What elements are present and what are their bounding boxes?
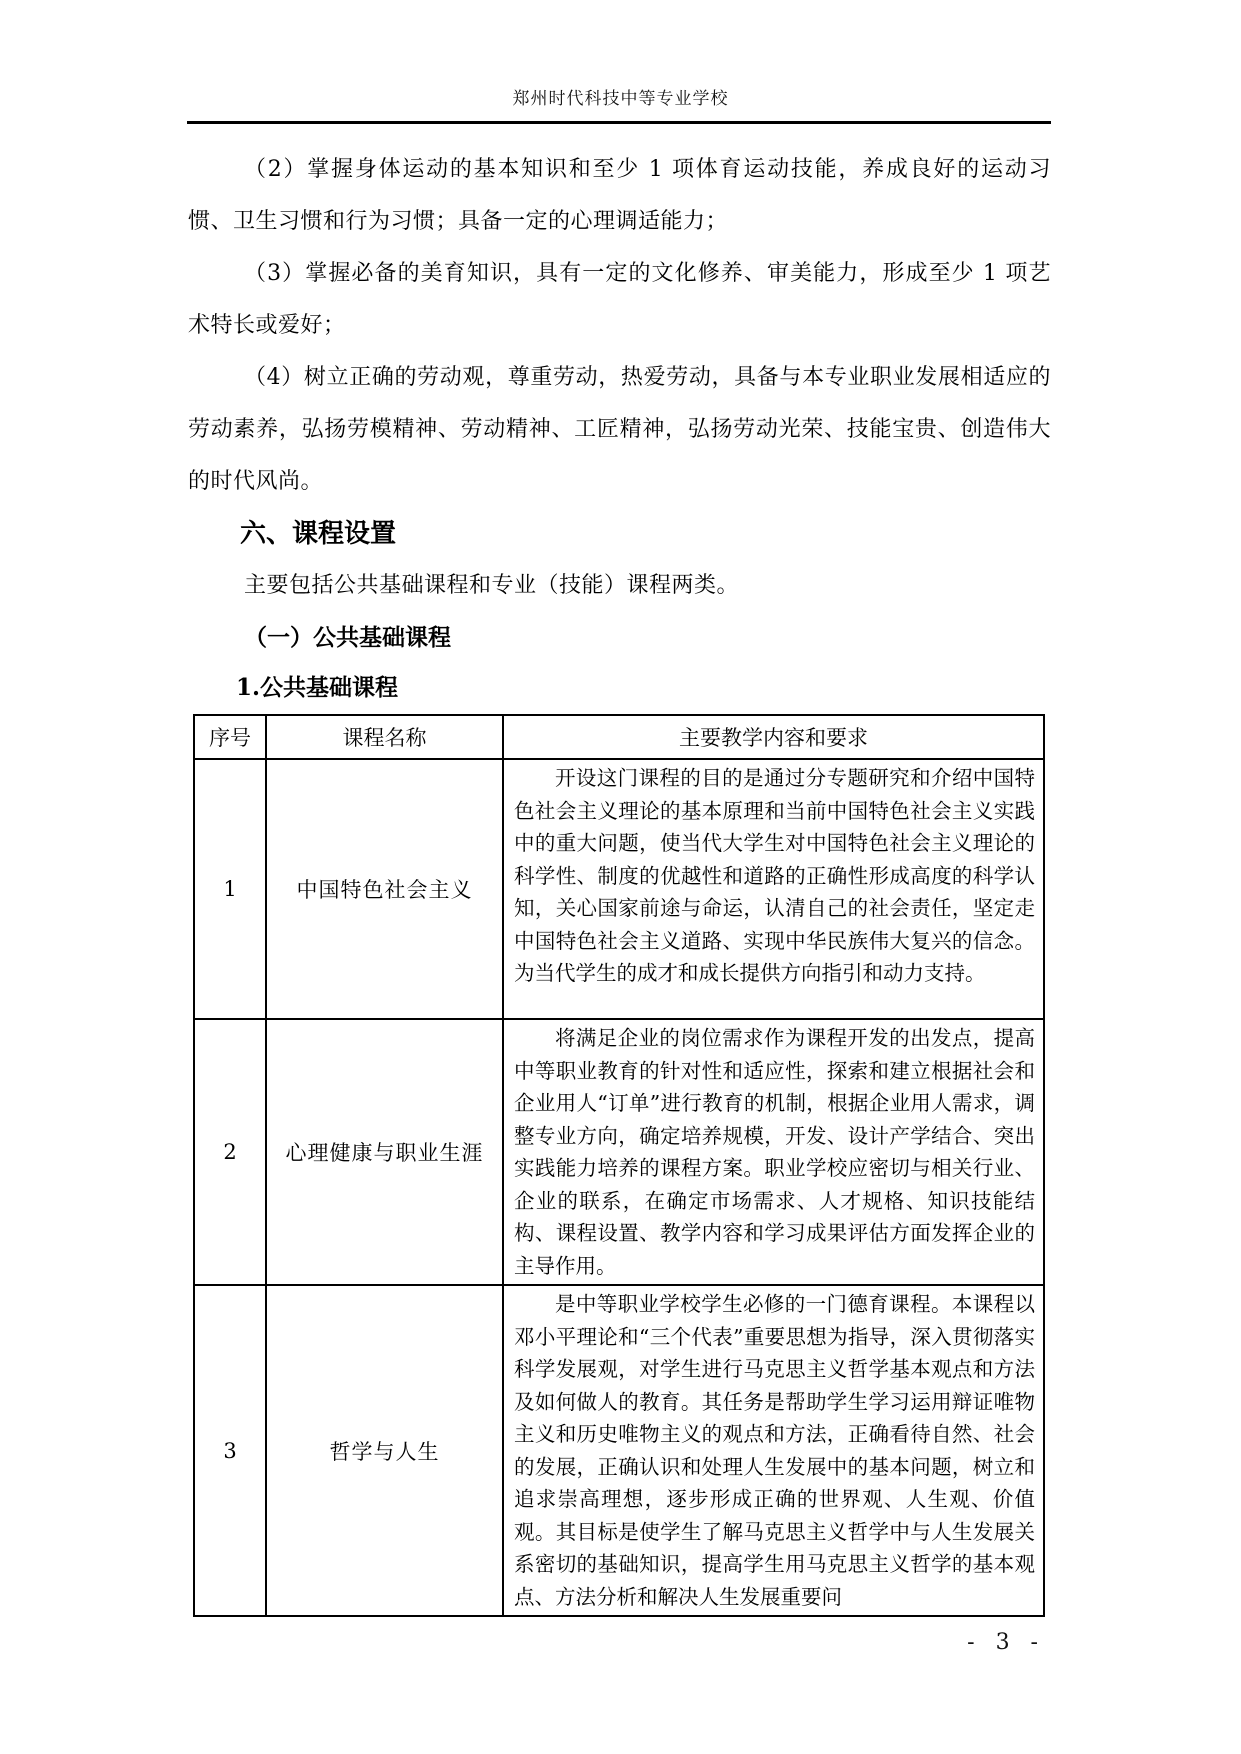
paragraph-item-3: （3）掌握必备的美育知识，具有一定的文化修养、审美能力，形成至少 1 项艺术特长…: [188, 248, 1051, 352]
course-name: 中国特色社会主义: [266, 759, 503, 1019]
courses-table: 序号 课程名称 主要教学内容和要求 1 中国特色社会主义 开设这门课程的目的是通…: [193, 714, 1045, 1617]
document-body: （2）掌握身体运动的基本知识和至少 1 项体育运动技能，养成良好的运动习惯、卫生…: [188, 144, 1051, 1617]
header-divider-rule: [187, 121, 1051, 124]
paragraph-item-2: （2）掌握身体运动的基本知识和至少 1 项体育运动技能，养成良好的运动习惯、卫生…: [188, 144, 1051, 248]
course-description: 将满足企业的岗位需求作为课程开发的出发点，提高中等职业教育的针对性和适应性，探索…: [504, 1020, 1043, 1284]
table-header-row: 序号 课程名称 主要教学内容和要求: [194, 715, 1044, 759]
course-name: 心理健康与职业生涯: [266, 1019, 503, 1285]
document-page: 郑州时代科技中等专业学校 （2）掌握身体运动的基本知识和至少 1 项体育运动技能…: [0, 0, 1241, 1754]
subsection-heading-public-basic-courses: （一）公共基础课程: [188, 612, 1051, 663]
section-intro-text: 主要包括公共基础课程和专业（技能）课程两类。: [188, 560, 1051, 612]
course-description-cell: 是中等职业学校学生必修的一门德育课程。本课程以邓小平理论和“三个代表”重要思想为…: [503, 1285, 1044, 1616]
page-number: - 3 -: [967, 1630, 1045, 1655]
page-header-school-name: 郑州时代科技中等专业学校: [0, 84, 1241, 109]
paragraph-item-4: （4）树立正确的劳动观，尊重劳动，热爱劳动，具备与本专业职业发展相适应的劳动素养…: [188, 352, 1051, 508]
table-row: 3 哲学与人生 是中等职业学校学生必修的一门德育课程。本课程以邓小平理论和“三个…: [194, 1285, 1044, 1616]
table-row: 2 心理健康与职业生涯 将满足企业的岗位需求作为课程开发的出发点，提高中等职业教…: [194, 1019, 1044, 1285]
column-header-content-requirements: 主要教学内容和要求: [503, 715, 1044, 759]
row-number: 1: [194, 759, 266, 1019]
list-heading-public-basic-courses: 1.公共基础课程: [188, 663, 1051, 712]
course-name: 哲学与人生: [266, 1285, 503, 1616]
table-row: 1 中国特色社会主义 开设这门课程的目的是通过分专题研究和介绍中国特色社会主义理…: [194, 759, 1044, 1019]
section-heading-course-setup: 六、课程设置: [188, 508, 1051, 560]
column-header-number: 序号: [194, 715, 266, 759]
course-description: 是中等职业学校学生必修的一门德育课程。本课程以邓小平理论和“三个代表”重要思想为…: [504, 1286, 1043, 1615]
course-description-cell: 开设这门课程的目的是通过分专题研究和介绍中国特色社会主义理论的基本原理和当前中国…: [503, 759, 1044, 1019]
row-number: 3: [194, 1285, 266, 1616]
course-description-cell: 将满足企业的岗位需求作为课程开发的出发点，提高中等职业教育的针对性和适应性，探索…: [503, 1019, 1044, 1285]
row-number: 2: [194, 1019, 266, 1285]
column-header-course-name: 课程名称: [266, 715, 503, 759]
course-description: 开设这门课程的目的是通过分专题研究和介绍中国特色社会主义理论的基本原理和当前中国…: [504, 760, 1043, 992]
